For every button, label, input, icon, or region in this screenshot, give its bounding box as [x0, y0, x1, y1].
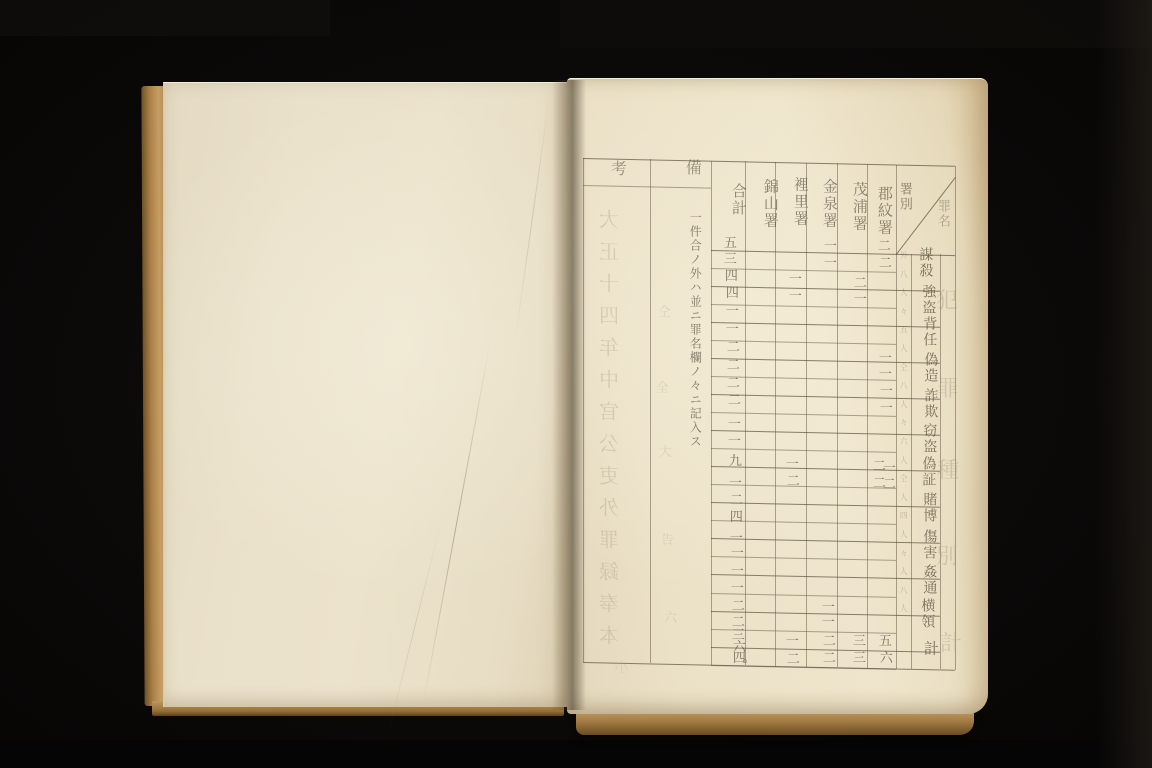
corner-header-label: 罪名: [936, 199, 950, 229]
mirrored-bleedthrough-char: 吏: [602, 465, 623, 487]
mirrored-bleedthrough-char: 録: [602, 561, 623, 583]
numeral-mark: 四: [728, 510, 742, 525]
numeral-mark: 五: [722, 236, 736, 251]
numeral-mark: 二: [821, 634, 835, 649]
numeral-mark: 一: [784, 634, 798, 649]
crime-row-label: 賭博: [921, 492, 936, 524]
tiny-annotation-char: 六: [899, 437, 907, 447]
numeral-mark: 四: [723, 269, 737, 284]
tiny-annotation-char: 人: [899, 567, 907, 577]
numeral-mark: 一: [729, 564, 743, 579]
numeral-mark: 一: [878, 401, 892, 416]
table-vertical-line: [955, 166, 956, 670]
numeral-mark: 。: [733, 659, 747, 674]
corner-header-label: 署別: [898, 182, 912, 212]
station-header: 郡紋署: [875, 186, 891, 237]
tiny-annotation-char: 仝: [899, 363, 907, 373]
table-vertical-line: [911, 254, 912, 669]
numeral-mark: 一: [822, 239, 836, 254]
bleedthrough-char: 仝: [656, 305, 670, 320]
mirrored-bleedthrough-char: 小: [617, 660, 632, 676]
tiny-annotation-char: 仝: [899, 474, 907, 484]
numeral-mark: 四: [724, 286, 738, 301]
numeral-mark: 九: [727, 454, 741, 469]
tiny-annotation-char: 五: [899, 325, 907, 335]
tiny-annotation-char: 人: [899, 493, 907, 503]
station-header: 裡里署: [791, 177, 807, 228]
numeral-mark: 一: [726, 434, 740, 449]
mirrored-bleedthrough-char: 四: [602, 305, 623, 327]
mat-tone-right: [1096, 0, 1152, 768]
crime-row-label: 姦通: [921, 564, 936, 596]
numeral-mark: 一: [822, 256, 836, 271]
gutter-shadow: [552, 80, 586, 710]
numeral-mark: 二: [881, 477, 895, 492]
tiny-annotation-char: 々: [899, 418, 907, 428]
numeral-mark: 二: [726, 393, 740, 408]
mirrored-bleedthrough-char: 外: [602, 497, 623, 519]
mirrored-bleedthrough-char: 年: [602, 337, 623, 359]
tiny-annotation-char: 八: [899, 381, 907, 391]
tiny-annotation-char: 々: [899, 307, 907, 317]
crime-row-label: 窃盗: [921, 423, 936, 455]
numeral-mark: 二: [852, 276, 866, 291]
numeral-mark: 一: [877, 367, 891, 382]
mirrored-bleedthrough-char: 本: [602, 625, 623, 647]
numeral-mark: 一: [729, 581, 743, 596]
table-vertical-line: [583, 158, 584, 662]
tiny-annotation-char: 四: [899, 511, 907, 521]
numeral-mark: 一: [724, 304, 738, 319]
page-crease: [514, 92, 550, 342]
crime-row-label: 計: [921, 641, 937, 658]
remarks-header: 備: [683, 159, 700, 177]
bleedthrough-title-char: 計: [938, 631, 961, 655]
numeral-mark: 二: [725, 358, 739, 373]
numeral-mark: 一: [878, 384, 892, 399]
crime-row-label: 背任: [921, 316, 936, 348]
numeral-mark: 三: [851, 651, 865, 666]
bleedthrough-char: 六: [662, 611, 676, 626]
numeral-mark: 一: [820, 615, 834, 630]
numeral-mark: 五: [877, 634, 891, 649]
tiny-annotation-char: 人: [899, 400, 907, 410]
mirrored-bleedthrough-char: 正: [602, 241, 623, 263]
crime-row-label: 強盗: [920, 284, 935, 316]
mat-tone-top-left: [0, 0, 330, 36]
numeral-mark: 一: [727, 476, 741, 491]
numeral-mark: 二: [876, 239, 890, 254]
tiny-annotation-char: 人: [899, 530, 907, 540]
bleedthrough-title-char: 種: [935, 458, 958, 482]
mat-tone-bottom: [0, 740, 1152, 768]
remarks-header: 考: [608, 160, 625, 178]
numeral-mark: 三: [722, 252, 736, 267]
station-header: 金泉署: [820, 179, 836, 230]
page-crease: [422, 341, 491, 707]
numeral-mark: 一: [881, 461, 895, 476]
left-blank-page: [163, 82, 568, 707]
station-header: 茂浦署: [850, 182, 866, 233]
numeral-mark: 二: [730, 599, 744, 614]
table-vertical-line: [650, 159, 651, 663]
tiny-annotation-char: 八: [899, 586, 907, 596]
tiny-annotation-char: 外: [899, 251, 907, 261]
mat-tone-top-right: [560, 0, 1152, 48]
numeral-mark: 一: [726, 417, 740, 432]
numeral-mark: 三: [851, 634, 865, 649]
photographed-register-scene: 郡紋署茂浦署金泉署裡里署錦山署合計署別罪名備考謀殺強盗背任偽造詐欺窃盗偽証賭博傷…: [0, 0, 1152, 768]
mirrored-bleedthrough-char: 官: [602, 401, 623, 423]
station-header: 合計: [729, 183, 745, 217]
bleedthrough-char: 告: [659, 533, 673, 548]
numeral-mark: 二: [821, 651, 835, 666]
crime-row-label: 横領: [919, 598, 934, 630]
numeral-mark: 一: [787, 272, 801, 287]
bleedthrough-title-char: 別: [934, 544, 957, 568]
bleedthrough-char: 大: [657, 445, 671, 460]
numeral-mark: 一: [787, 289, 801, 304]
numeral-mark: 一: [852, 292, 866, 307]
numeral-mark: 一: [728, 531, 742, 546]
station-header: 錦山署: [761, 179, 777, 230]
mirrored-bleedthrough-char: 罪: [602, 529, 623, 551]
tiny-annotation-char: 八: [899, 270, 907, 280]
numeral-mark: 一: [820, 600, 834, 615]
bleedthrough-title-char: 罪: [935, 376, 958, 400]
mirrored-bleedthrough-char: 中: [602, 369, 623, 391]
numeral-mark: 一: [877, 351, 891, 366]
numeral-mark: 六: [878, 651, 892, 666]
tiny-annotation-char: 人: [899, 288, 907, 298]
crime-row-label: 偽証: [920, 456, 935, 488]
remarks-note: 一件合ノ外ハ並ニ罪名欄ノ々ニ記入ス: [689, 211, 702, 449]
mirrored-bleedthrough-char: 公: [602, 433, 623, 455]
mirrored-bleedthrough-char: 大: [602, 209, 623, 231]
numeral-mark: 二: [725, 340, 739, 355]
numeral-mark: 一: [724, 322, 738, 337]
tiny-annotation-char: 人: [899, 456, 907, 466]
numeral-mark: 二: [725, 376, 739, 391]
numeral-mark: 二: [785, 652, 799, 667]
tiny-annotation-char: 人: [899, 344, 907, 354]
numeral-mark: 一: [784, 457, 798, 472]
bleedthrough-title-char: 犯: [934, 288, 957, 312]
page-crease: [386, 516, 443, 739]
numeral-mark: 二: [877, 256, 891, 271]
numeral-mark: 一: [729, 546, 743, 561]
tiny-annotation-char: 々: [899, 549, 907, 559]
mirrored-bleedthrough-char: 奉: [602, 593, 623, 615]
mirrored-bleedthrough-char: 十: [602, 273, 623, 295]
bleedthrough-char: 全: [654, 381, 668, 396]
numeral-mark: 二: [785, 474, 799, 489]
tiny-annotation-char: 人: [899, 604, 907, 614]
crime-row-label: 謀殺: [917, 247, 932, 279]
numeral-mark: 二: [728, 493, 742, 508]
table-vertical-line: [896, 165, 897, 669]
